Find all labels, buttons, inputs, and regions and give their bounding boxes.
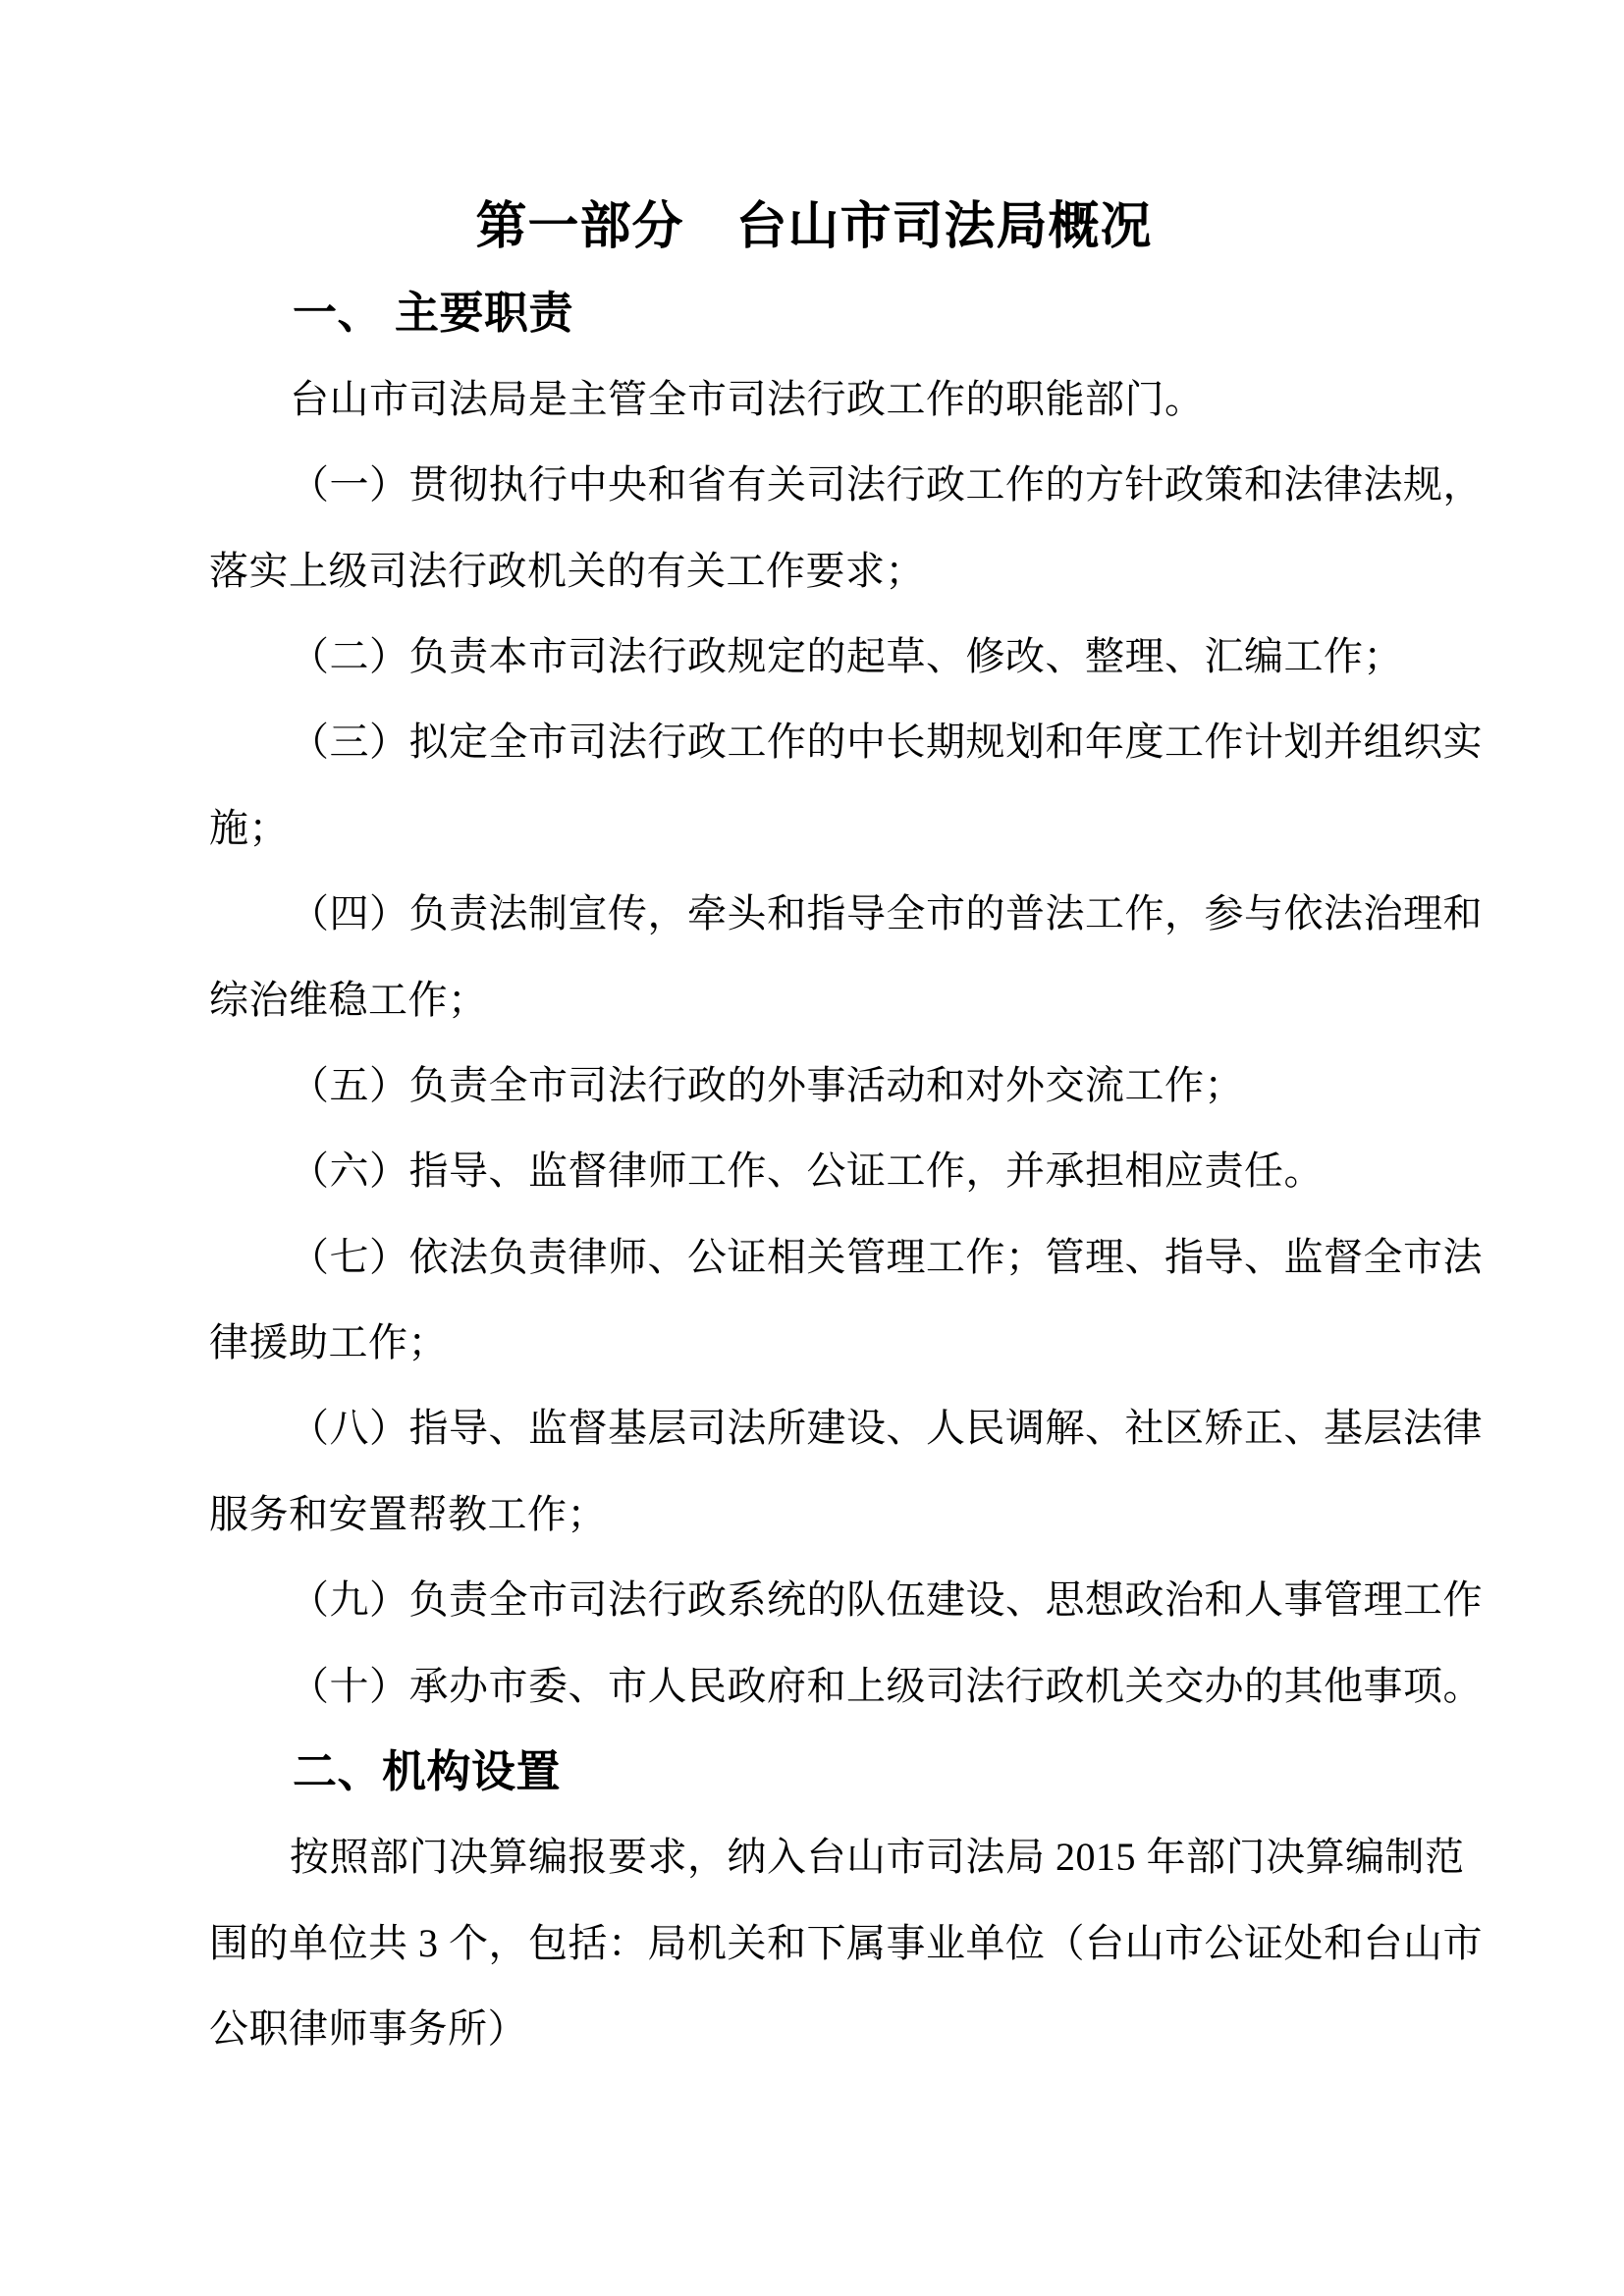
text-line: （五）负责全市司法行政的外事活动和对外交流工作； [209,1042,1419,1128]
text-line: 围的单位共 3 个，包括：局机关和下属事业单位（台山市公证处和台山市 [209,1900,1419,1986]
document-page: 第一部分 台山市司法局概况一、 主要职责台山市司法局是主管全市司法行政工作的职能… [0,0,1624,2296]
text-line: 落实上级司法行政机关的有关工作要求； [209,528,1419,614]
text-line: （四）负责法制宣传，牵头和指导全市的普法工作，参与依法治理和 [209,871,1419,956]
text-line: （二）负责本市司法行政规定的起草、修改、整理、汇编工作； [209,614,1419,699]
text-line: 服务和安置帮教工作； [209,1471,1419,1557]
text-line: 施； [209,785,1419,871]
text-line: 台山市司法局是主管全市司法行政工作的职能部门。 [209,356,1419,442]
text-line: 律援助工作； [209,1300,1419,1385]
text-line: （十）承办市委、市人民政府和上级司法行政机关交办的其他事项。 [209,1643,1419,1729]
section-heading: 一、 主要职责 [209,270,1419,355]
doc-title: 第一部分 台山市司法局概况 [209,185,1419,270]
text-line: （三）拟定全市司法行政工作的中长期规划和年度工作计划并组织实 [209,699,1419,784]
page-content: 第一部分 台山市司法局概况一、 主要职责台山市司法局是主管全市司法行政工作的职能… [209,185,1419,2072]
text-line: 按照部门决算编报要求，纳入台山市司法局 2015 年部门决算编制范 [209,1814,1419,1899]
text-line: 综治维稳工作； [209,957,1419,1042]
section-heading: 二、机构设置 [209,1729,1419,1814]
text-line: （七）依法负责律师、公证相关管理工作；管理、指导、监督全市法 [209,1214,1419,1300]
text-line: （六）指导、监督律师工作、公证工作，并承担相应责任。 [209,1128,1419,1213]
text-line: （一）贯彻执行中央和省有关司法行政工作的方针政策和法律法规， [209,442,1419,527]
text-line: 公职律师事务所） [209,1986,1419,2071]
text-line: （八）指导、监督基层司法所建设、人民调解、社区矫正、基层法律 [209,1385,1419,1470]
text-line: （九）负责全市司法行政系统的队伍建设、思想政治和人事管理工作 [209,1557,1419,1642]
